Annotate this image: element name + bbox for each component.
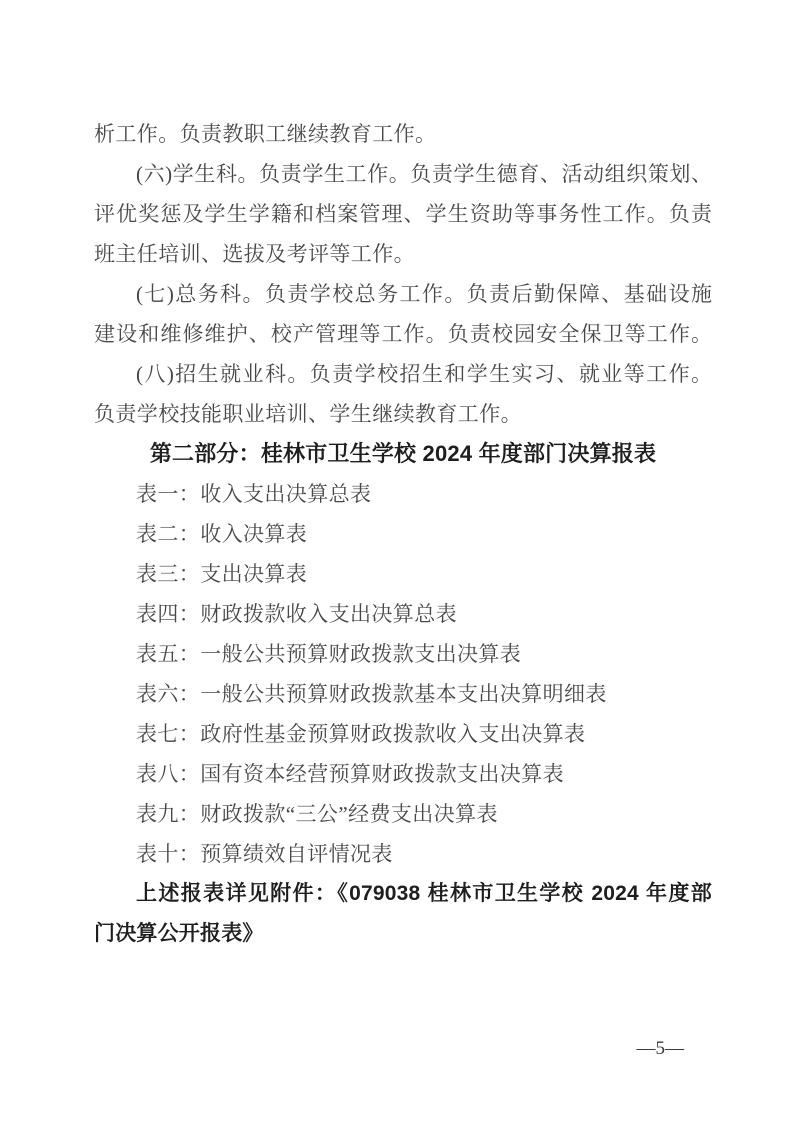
table-list-item-9: 表九：财政拨款“三公”经费支出决算表 xyxy=(94,794,712,834)
attachment-note-line: 门决算公开报表》 xyxy=(94,914,712,954)
table-list-item-1: 表一：收入支出决算总表 xyxy=(94,474,712,514)
attachment-note-line: 上述报表详见附件：《079038 桂林市卫生学校 2024 年度部 xyxy=(94,874,712,914)
paragraph-line-section8: (八)招生就业科。负责学校招生和学生实习、就业等工作。 xyxy=(94,354,712,394)
paragraph-line: 建设和维修维护、校产管理等工作。负责校园安全保卫等工作。 xyxy=(94,314,712,354)
table-list-item-8: 表八：国有资本经营预算财政拨款支出决算表 xyxy=(94,754,712,794)
paragraph-line: 负责学校技能职业培训、学生继续教育工作。 xyxy=(94,394,712,434)
paragraph-line: 析工作。负责教职工继续教育工作。 xyxy=(94,114,712,154)
document-page: 析工作。负责教职工继续教育工作。 (六)学生科。负责学生工作。负责学生德育、活动… xyxy=(0,0,800,1131)
paragraph-line-section6: (六)学生科。负责学生工作。负责学生德育、活动组织策划、 xyxy=(94,154,712,194)
table-list-item-2: 表二：收入决算表 xyxy=(94,514,712,554)
table-list-item-5: 表五：一般公共预算财政拨款支出决算表 xyxy=(94,634,712,674)
section-heading-part2: 第二部分：桂林市卫生学校 2024 年度部门决算报表 xyxy=(94,434,712,474)
table-list-item-4: 表四：财政拨款收入支出决算总表 xyxy=(94,594,712,634)
table-list-item-10: 表十：预算绩效自评情况表 xyxy=(94,834,712,874)
paragraph-line: 班主任培训、选拔及考评等工作。 xyxy=(94,234,712,274)
body-text: 析工作。负责教职工继续教育工作。 (六)学生科。负责学生工作。负责学生德育、活动… xyxy=(94,114,712,954)
table-list-item-6: 表六：一般公共预算财政拨款基本支出决算明细表 xyxy=(94,674,712,714)
table-list-item-7: 表七：政府性基金预算财政拨款收入支出决算表 xyxy=(94,714,712,754)
paragraph-line-section7: (七)总务科。负责学校总务工作。负责后勤保障、基础设施 xyxy=(94,274,712,314)
page-number: —5— xyxy=(637,1038,685,1060)
table-list-item-3: 表三：支出决算表 xyxy=(94,554,712,594)
paragraph-line: 评优奖惩及学生学籍和档案管理、学生资助等事务性工作。负责 xyxy=(94,194,712,234)
